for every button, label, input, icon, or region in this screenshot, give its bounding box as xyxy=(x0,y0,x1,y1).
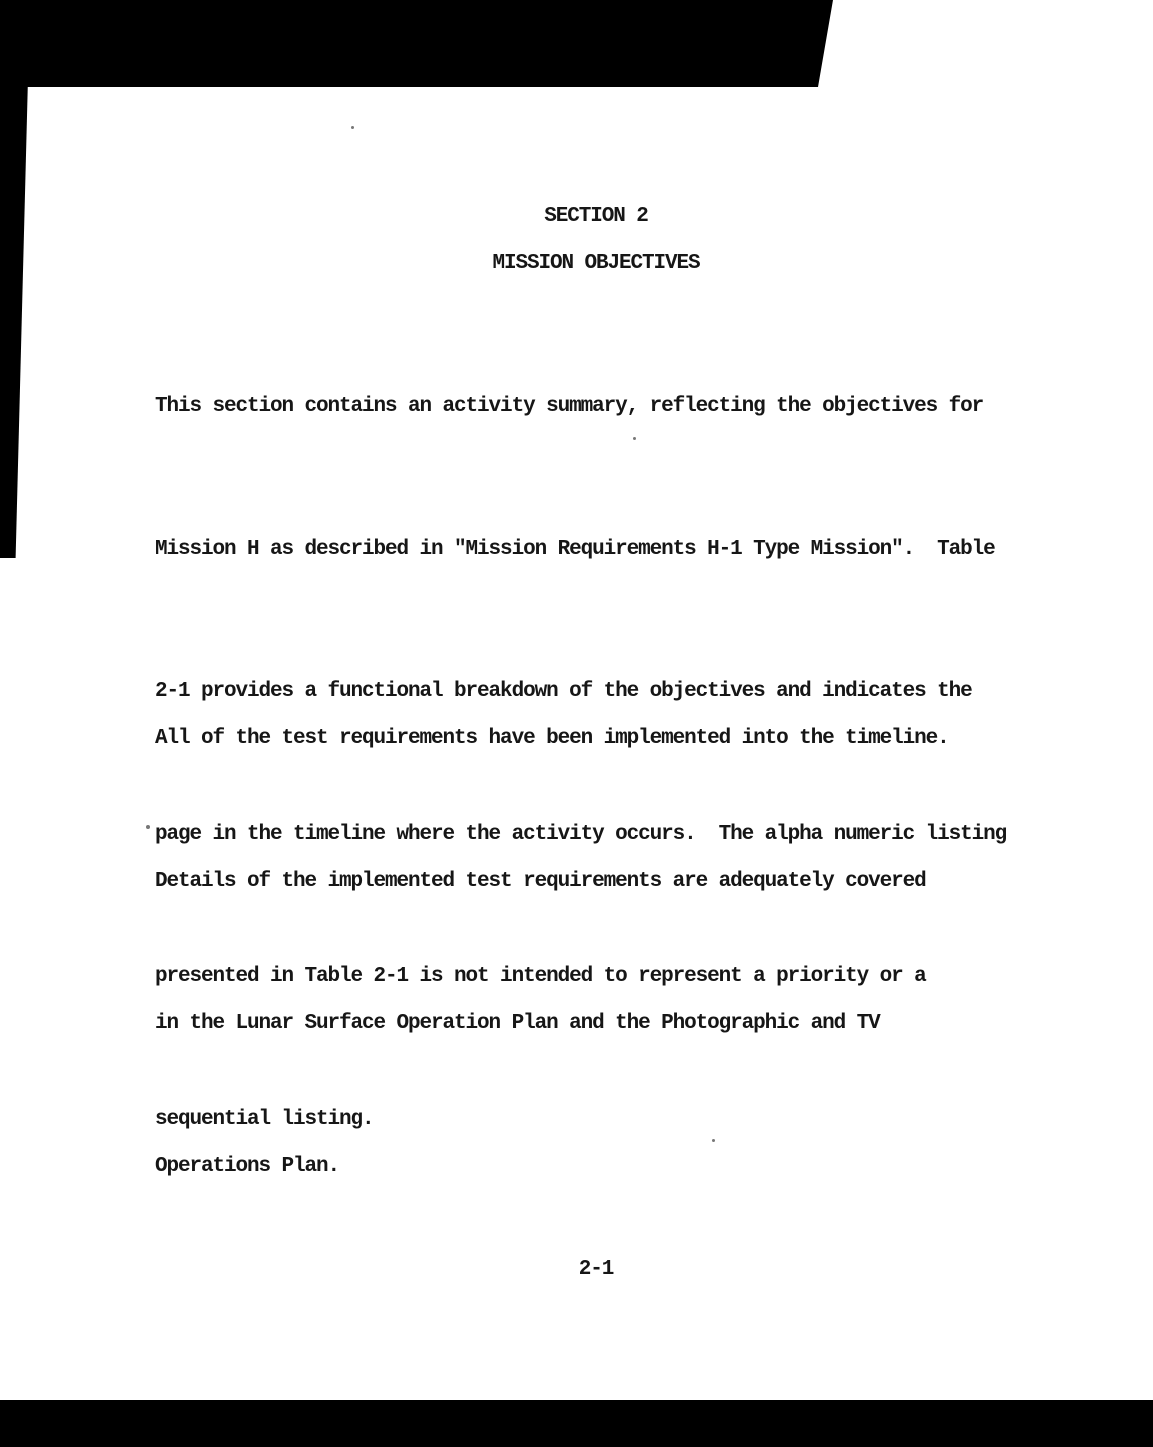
text-line: This section contains an activity summar… xyxy=(155,383,1037,431)
text-line: Mission H as described in "Mission Requi… xyxy=(155,526,1037,574)
paragraph-2: All of the test requirements have been i… xyxy=(155,620,1037,1285)
scan-edge-top xyxy=(0,0,833,87)
scan-speck xyxy=(351,126,354,129)
scan-edge-left xyxy=(0,0,30,558)
section-heading: SECTION 2 xyxy=(155,193,1037,241)
text-line: All of the test requirements have been i… xyxy=(155,715,1037,763)
page-title: MISSION OBJECTIVES xyxy=(155,240,1037,288)
scan-edge-bottom xyxy=(0,1400,1153,1447)
scan-speck xyxy=(146,825,150,829)
text-line: in the Lunar Surface Operation Plan and … xyxy=(155,1000,1037,1048)
text-line: Operations Plan. xyxy=(155,1143,1037,1191)
text-line: Details of the implemented test requirem… xyxy=(155,858,1037,906)
page-number: 2-1 xyxy=(155,1246,1037,1294)
document-page: SECTION 2 MISSION OBJECTIVES This sectio… xyxy=(0,0,1153,1447)
